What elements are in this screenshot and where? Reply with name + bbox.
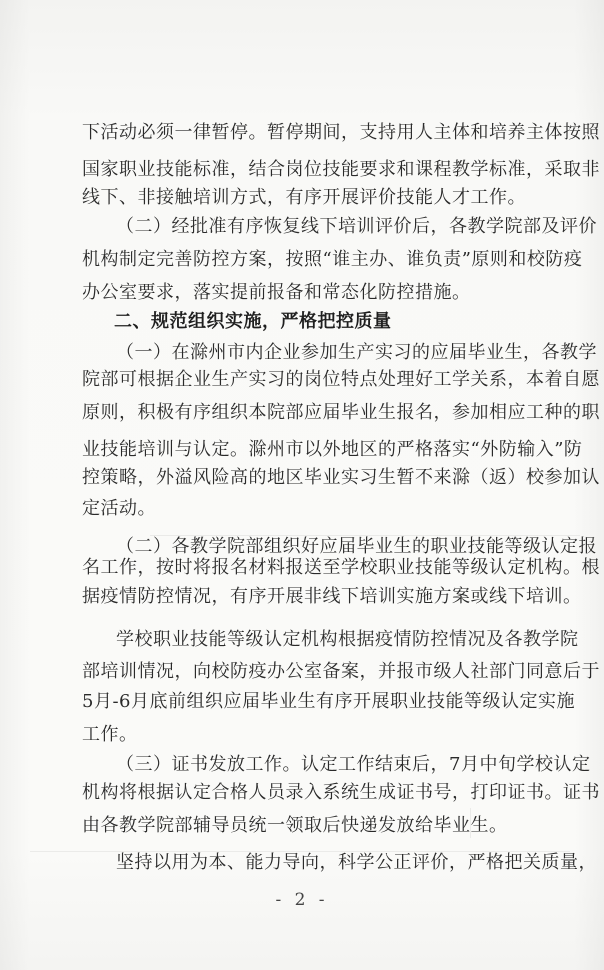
- scan-artifact-line: [470, 808, 471, 838]
- text-line: 定活动。: [82, 498, 545, 520]
- text-line: 坚持以用为本、能力导向，科学公正评价，严格把关质量，: [116, 852, 545, 874]
- text-line: 办公室要求，落实提前报备和常态化防控措施。: [82, 282, 545, 304]
- text-line: （二）经批准有序恢复线下培训评价后，各教学院部及评价: [116, 216, 545, 238]
- text-line: 机构将根据认定合格人员录入系统生成证书号，打印证书。证书: [82, 782, 545, 804]
- text-line: 控策略，外溢风险高的地区毕业实习生暂不来滁（返）校参加认: [82, 467, 545, 489]
- text-line: 由各教学院部辅导员统一领取后快递发放给毕业生。: [82, 815, 545, 837]
- text-line: 名工作，按时将报名材料报送至学校职业技能等级认定机构。根: [82, 557, 545, 579]
- text-line: （三）证书发放工作。认定工作结束后，7月中旬学校认定: [116, 754, 545, 776]
- text-line: 工作。: [82, 724, 545, 746]
- text-line: （一）在滁州市内企业参加生产实习的应届毕业生，各教学: [116, 342, 545, 364]
- text-line: 原则，积极有序组织本院部应届毕业生报名，参加相应工种的职: [82, 402, 545, 424]
- text-line: 学校职业技能等级认定机构根据疫情防控情况及各教学院: [116, 629, 545, 651]
- text-line: 5月-6月底前组织应届毕业生有序开展职业技能等级认定实施: [82, 691, 545, 713]
- text-line: 国家职业技能标准，结合岗位技能要求和课程教学标准，采取非: [82, 159, 545, 181]
- document-page: 下活动必须一律暂停。暂停期间，支持用人主体和培养主体按照国家职业技能标准，结合岗…: [0, 0, 604, 970]
- scan-artifact-line: [30, 851, 570, 852]
- text-line: 部培训情况，向校防疫办公室备案，并报市级人社部门同意后于: [82, 661, 545, 683]
- text-line: 院部可根据企业生产实习的岗位特点处理好工学关系，本着自愿: [82, 369, 545, 391]
- scan-artifact-line: [150, 535, 580, 536]
- page-number: - 2 -: [0, 890, 604, 910]
- text-line: 据疫情防控情况，有序开展非线下培训实施方案或线下培训。: [82, 586, 545, 608]
- text-line: 业技能培训与认定。滁州市以外地区的严格落实“外防输入”防: [82, 439, 545, 461]
- text-line: （二）各教学院部组织好应届毕业生的职业技能等级认定报: [116, 536, 545, 558]
- text-line: 机构制定完善防控方案，按照“谁主办、谁负责”原则和校防疫: [82, 249, 545, 271]
- text-line: 线下、非接触培训方式，有序开展评价技能人才工作。: [82, 187, 545, 209]
- section-heading: 二、规范组织实施，严格把控质量: [114, 311, 543, 333]
- text-line: 下活动必须一律暂停。暂停期间，支持用人主体和培养主体按照: [82, 122, 545, 144]
